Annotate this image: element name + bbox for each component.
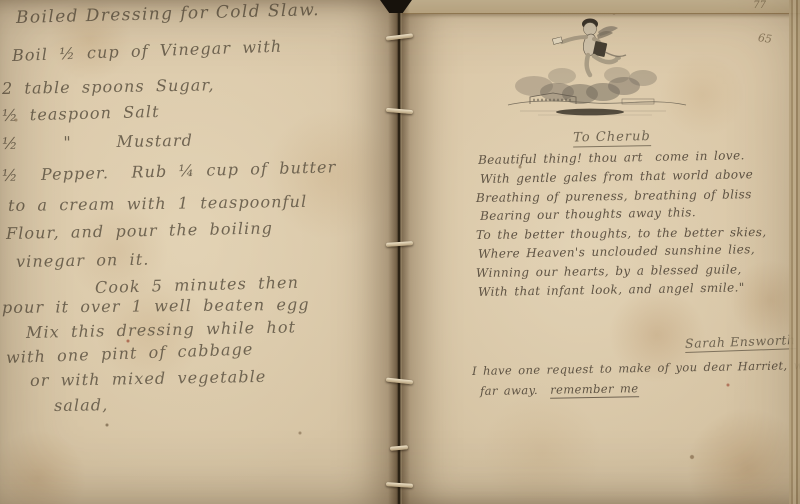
recipe-line: or with mixed vegetable bbox=[30, 367, 267, 390]
page-number: 65 bbox=[757, 31, 773, 46]
right-page: 77 65 bbox=[402, 0, 800, 504]
cherub-figure bbox=[552, 19, 626, 76]
poem-line: Bearing our thoughts away this. bbox=[480, 205, 696, 223]
poem-title-text: To Cherub bbox=[573, 129, 651, 147]
signature: Sarah Ensworth bbox=[685, 332, 796, 351]
recipe-line: ½ " Mustard bbox=[2, 131, 193, 153]
inscription-remember-me: remember me bbox=[550, 381, 639, 399]
gutter-seam bbox=[398, 0, 400, 504]
poem-line: To the better thoughts, to the better sk… bbox=[476, 225, 767, 242]
recipe-line: Mix this dressing while hot bbox=[26, 317, 296, 342]
recipe-line: Cook 5 minutes then bbox=[95, 273, 299, 297]
recipe-title: Boiled Dressing for Cold Slaw. bbox=[16, 0, 320, 28]
poem-line: Winning our hearts, by a blessed guile, bbox=[476, 262, 742, 280]
inscription-line: I have one request to make of you dear H… bbox=[472, 358, 800, 378]
book-fore-edge bbox=[789, 0, 800, 504]
inscription-prefix: far away. bbox=[480, 383, 550, 398]
recipe-line: 2 table spoons Sugar, bbox=[2, 75, 215, 98]
left-page: Boiled Dressing for Cold Slaw. Boil ½ cu… bbox=[0, 0, 399, 504]
inscription-line: far away. remember me bbox=[480, 381, 639, 398]
recipe-line: salad, bbox=[54, 395, 109, 415]
poem-line: With that infant look, and angel smile." bbox=[478, 280, 745, 299]
recipe-line: Boil ½ cup of Vinegar with bbox=[12, 37, 283, 65]
signature-text: Sarah Ensworth bbox=[685, 332, 796, 353]
recipe-line: pour it over 1 well beaten egg bbox=[2, 295, 310, 317]
poem-line: With gentle gales from that world above bbox=[480, 167, 753, 186]
recipe-line: ½ Pepper. Rub ¼ cup of butter bbox=[2, 157, 337, 185]
recipe-line: with one pint of cabbage bbox=[6, 339, 254, 367]
poem-line: Beautiful thing! thou art come in love. bbox=[478, 148, 745, 167]
recipe-line: vinegar on it. bbox=[16, 250, 150, 271]
recipe-line: ½ teaspoon Salt bbox=[2, 102, 160, 125]
poem-title: To Cherub bbox=[542, 129, 682, 146]
cherub-engraving bbox=[502, 12, 692, 122]
poem-line: Breathing of pureness, breathing of blis… bbox=[476, 187, 752, 205]
recipe-line: to a cream with 1 teaspoonful bbox=[8, 192, 308, 215]
recipe-line: Flour, and pour the boiling bbox=[6, 218, 273, 243]
page-number-top: 77 bbox=[753, 0, 766, 11]
open-album-scan: Boiled Dressing for Cold Slaw. Boil ½ cu… bbox=[0, 0, 800, 504]
poem-line: Where Heaven's unclouded sunshine lies, bbox=[478, 242, 755, 261]
